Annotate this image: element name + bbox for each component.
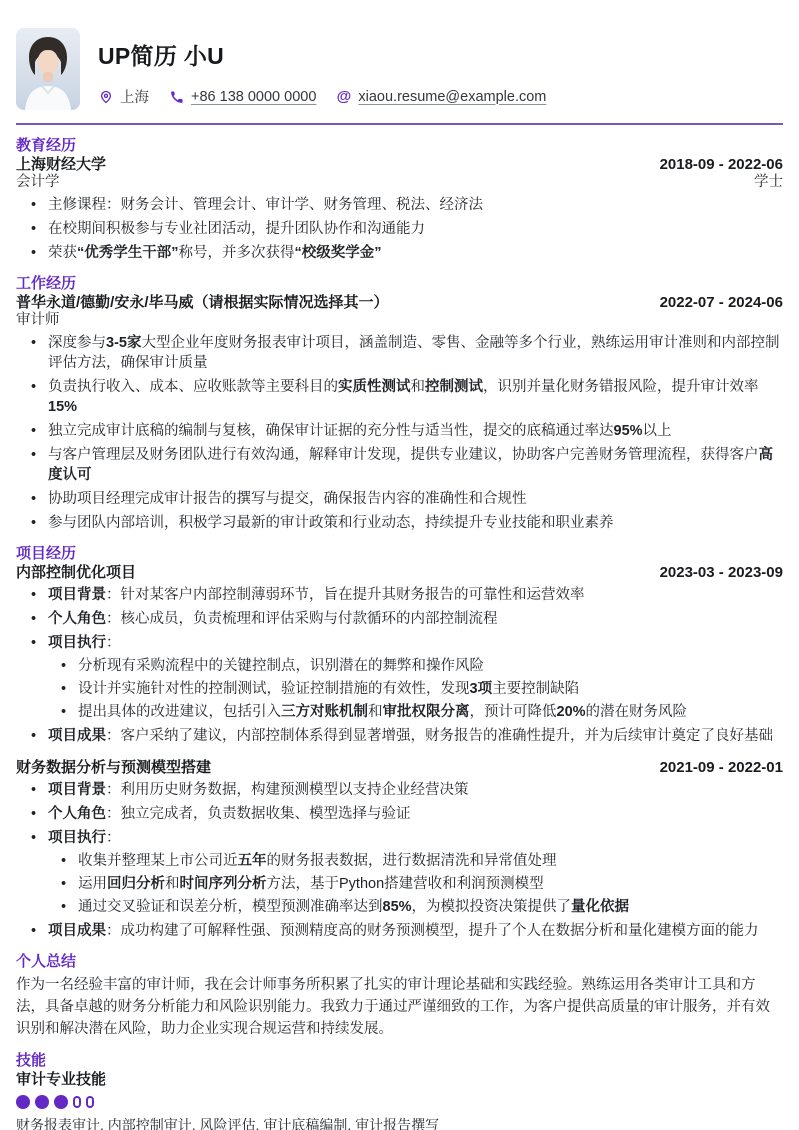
project-entry-head: 财务数据分析与预测模型搭建 2021-09 - 2022-01 [16,759,783,776]
rating-dot [73,1096,81,1108]
work-bullet: 独立完成审计底稿的编制与复核，确保审计证据的充分性与适当性，提交的底稿通过率达9… [16,421,783,441]
section-projects: 项目经历 内部控制优化项目 2023-03 - 2023-09 项目背景：针对某… [16,546,783,941]
major: 会计学 [16,174,60,191]
email-text: xiaou.resume@example.com [358,89,546,105]
rating-dot [54,1095,68,1109]
project-entry-head: 内部控制优化项目 2023-03 - 2023-09 [16,564,783,581]
work-entry-sub: 审计师 [16,312,783,329]
execution-sub-bullet: 收集并整理某上市公司近五年的财务报表数据，进行数据清洗和异常值处理 [48,851,783,871]
execution-sub-bullet: 分析现有采购流程中的关键控制点，识别潜在的舞弊和操作风险 [48,656,783,676]
phone-link[interactable]: +86 138 0000 0000 [169,89,316,105]
project-bullet-background: 项目背景：利用历史财务数据，构建预测模型以支持企业经营决策 [16,780,783,800]
work-bullet: 深度参与3-5家大型企业年度财务报表审计项目，涵盖制造、零售、金融等多个行业，熟… [16,333,783,373]
execution-sub-bullet: 提出具体的改进建议，包括引入三方对账机制和审批权限分离，预计可降低20%的潜在财… [48,702,783,722]
skills-section-title: 技能 [16,1053,783,1069]
avatar [16,28,80,110]
execution-label: 项目执行： [48,830,121,846]
skill-items: 财务报表审计, 内部控制审计, 风险评估, 审计底稿编制, 审计报告撰写 [16,1116,783,1130]
rating-dot [16,1095,30,1109]
section-summary: 个人总结 作为一名经验丰富的审计师，我在会计师事务所积累了扎实的审计理论基础和实… [16,954,783,1040]
project-entry: 内部控制优化项目 2023-03 - 2023-09 项目背景：针对某客户内部控… [16,564,783,746]
work-section-title: 工作经历 [16,276,783,292]
project-entry: 财务数据分析与预测模型搭建 2021-09 - 2022-01 项目背景：利用历… [16,759,783,941]
education-date: 2018-09 - 2022-06 [660,156,783,173]
execution-sub-bullet: 通过交叉验证和误差分析，模型预测准确率达到85%，为模拟投资决策提供了量化依据 [48,897,783,917]
project-date: 2021-09 - 2022-01 [660,759,783,776]
phone-text: +86 138 0000 0000 [191,89,316,105]
work-date: 2022-07 - 2024-06 [660,294,783,311]
project-bullet-list: 项目背景：利用历史财务数据，构建预测模型以支持企业经营决策 个人角色：独立完成者… [16,780,783,941]
education-bullet-list: 主修课程：财务会计、管理会计、审计学、财务管理、税法、经济法 在校期间积极参与专… [16,195,783,263]
skill-rating [16,1095,783,1109]
work-entry-head: 普华永道/德勤/安永/毕马威（请根据实际情况选择其一） 2022-07 - 20… [16,294,783,311]
project-title: 财务数据分析与预测模型搭建 [16,759,211,776]
education-section-title: 教育经历 [16,138,783,154]
education-bullet: 主修课程：财务会计、管理会计、审计学、财务管理、税法、经济法 [16,195,783,215]
execution-sub-bullet: 设计并实施针对性的控制测试，验证控制措施的有效性，发现3项主要控制缺陷 [48,679,783,699]
work-bullet: 负责执行收入、成本、应收账款等主要科目的实质性测试和控制测试，识别并量化财务错报… [16,377,783,417]
job-title: 审计师 [16,312,60,329]
company-name: 普华永道/德勤/安永/毕马威（请根据实际情况选择其一） [16,294,389,311]
header-divider [16,123,783,125]
project-title: 内部控制优化项目 [16,564,136,581]
candidate-name: UP简历 小U [98,38,546,71]
at-sign-icon: @ [336,89,351,104]
work-bullet: 协助项目经理完成审计报告的撰写与提交，确保报告内容的准确性和合规性 [16,489,783,509]
project-bullet-role: 个人角色：核心成员，负责梳理和评估采购与付款循环的内部控制流程 [16,609,783,629]
project-bullet-list: 项目背景：针对某客户内部控制薄弱环节，旨在提升其财务报告的可靠性和运营效率 个人… [16,585,783,746]
summary-section-title: 个人总结 [16,954,783,970]
summary-text: 作为一名经验丰富的审计师，我在会计师事务所积累了扎实的审计理论基础和实践经验。熟… [16,974,783,1040]
section-skills: 技能 审计专业技能 财务报表审计, 内部控制审计, 风险评估, 审计底稿编制, … [16,1053,783,1130]
execution-sub-bullet: 运用回归分析和时间序列分析方法，基于Python搭建营收和利润预测模型 [48,874,783,894]
resume-page: UP简历 小U 上海 [0,0,799,1130]
execution-sub-list: 分析现有采购流程中的关键控制点，识别潜在的舞弊和操作风险 设计并实施针对性的控制… [48,656,783,722]
section-work: 工作经历 普华永道/德勤/安永/毕马威（请根据实际情况选择其一） 2022-07… [16,276,783,533]
section-education: 教育经历 上海财经大学 2018-09 - 2022-06 会计学 学士 主修课… [16,138,783,263]
project-bullet-outcome: 项目成果：成功构建了可解释性强、预测精度高的财务预测模型，提升了个人在数据分析和… [16,921,783,941]
location-pin-icon [98,89,113,104]
work-bullet-list: 深度参与3-5家大型企业年度财务报表审计项目，涵盖制造、零售、金融等多个行业，熟… [16,333,783,533]
skill-group-name: 审计专业技能 [16,1071,783,1088]
project-bullet-background: 项目背景：针对某客户内部控制薄弱环节，旨在提升其财务报告的可靠性和运营效率 [16,585,783,605]
avatar-photo-placeholder [16,28,80,110]
school-name: 上海财经大学 [16,156,106,173]
phone-icon [169,89,184,104]
work-bullet: 与客户管理层及财务团队进行有效沟通，解释审计发现，提供专业建议，协助客户完善财务… [16,445,783,485]
project-date: 2023-03 - 2023-09 [660,564,783,581]
project-bullet-role: 个人角色：独立完成者，负责数据收集、模型选择与验证 [16,804,783,824]
education-bullet: 在校期间积极参与专业社团活动，提升团队协作和沟通能力 [16,219,783,239]
location-text: 上海 [120,86,149,107]
rating-dot [86,1096,94,1108]
resume-header: UP简历 小U 上海 [16,0,783,110]
degree: 学士 [754,174,783,191]
education-entry-head: 上海财经大学 2018-09 - 2022-06 [16,156,783,173]
project-bullet-execution: 项目执行： 收集并整理某上市公司近五年的财务报表数据，进行数据清洗和异常值处理 … [16,828,783,917]
project-bullet-outcome: 项目成果：客户采纳了建议，内部控制体系得到显著增强，财务报告的准确性提升，并为后… [16,726,783,746]
project-bullet-execution: 项目执行： 分析现有采购流程中的关键控制点，识别潜在的舞弊和操作风险 设计并实施… [16,633,783,722]
education-bullet: 荣获“优秀学生干部”称号，并多次获得“校级奖学金” [16,243,783,263]
email-link[interactable]: @ xiaou.resume@example.com [336,89,546,105]
rating-dot [35,1095,49,1109]
header-info: UP简历 小U 上海 [98,28,546,110]
work-bullet: 参与团队内部培训，积极学习最新的审计政策和行业动态，持续提升专业技能和职业素养 [16,513,783,533]
execution-sub-list: 收集并整理某上市公司近五年的财务报表数据，进行数据清洗和异常值处理 运用回归分析… [48,851,783,917]
execution-label: 项目执行： [48,635,121,651]
education-entry-sub: 会计学 学士 [16,174,783,191]
contact-row: 上海 +86 138 0000 0000 @ xiaou.resume@exam… [98,86,546,107]
projects-section-title: 项目经历 [16,546,783,562]
location-item: 上海 [98,86,149,107]
